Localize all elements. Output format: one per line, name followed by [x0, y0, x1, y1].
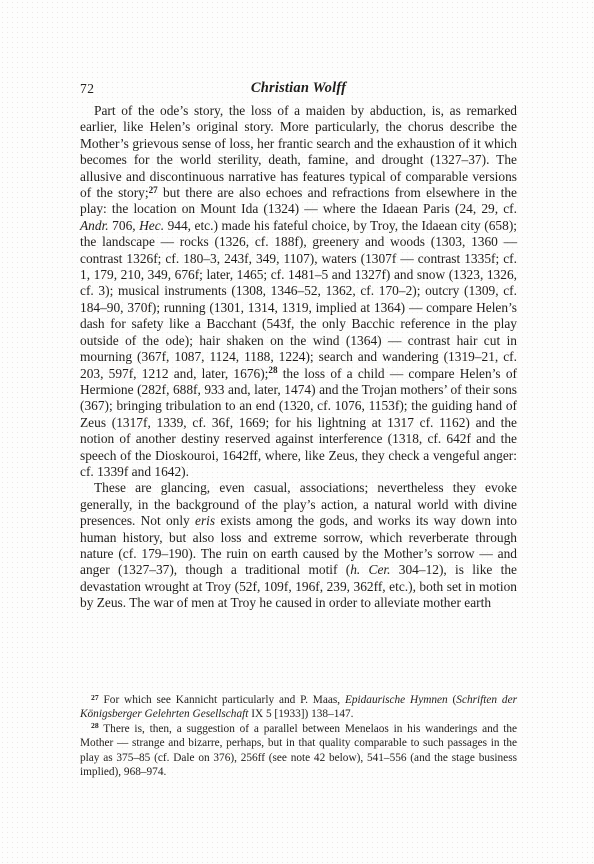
- italic-text: Hec.: [139, 218, 164, 233]
- footnote-marker: 28: [91, 721, 99, 730]
- footnote: 28 There is, then, a suggestion of a par…: [80, 722, 517, 780]
- text-run: the loss of a child — compare Helen’s of…: [80, 366, 517, 479]
- page-header: 72 Christian Wolff: [80, 80, 517, 98]
- footnote-ref: 28: [268, 365, 277, 375]
- text-run: For which see Kannicht particularly and …: [99, 694, 345, 706]
- italic-text: h. Cer.: [350, 562, 390, 577]
- paragraph: Part of the ode’s story, the loss of a m…: [80, 103, 517, 480]
- text-run: (: [448, 694, 457, 706]
- body-text: Part of the ode’s story, the loss of a m…: [80, 103, 517, 612]
- text-run: There is, then, a suggestion of a parall…: [80, 723, 517, 778]
- italic-text: Andr.: [80, 218, 109, 233]
- italic-text: Epidaurische Hymnen: [345, 694, 448, 706]
- page-number: 72: [80, 81, 95, 97]
- paragraph: These are glancing, even casual, associa…: [80, 480, 517, 611]
- running-head: Christian Wolff: [80, 80, 517, 97]
- text-run: IX 5 [1933]) 138–147.: [248, 708, 353, 720]
- text-run: 706,: [109, 218, 139, 233]
- footnote-marker: 27: [91, 693, 99, 702]
- text-run: 944, etc.) made his fateful choice, by T…: [80, 218, 517, 381]
- footnote: 27 For which see Kannicht particularly a…: [80, 693, 517, 722]
- book-page: 72 Christian Wolff Part of the ode’s sto…: [0, 0, 594, 864]
- italic-text: eris: [195, 513, 215, 528]
- footnote-ref: 27: [149, 185, 158, 195]
- footnotes: 27 For which see Kannicht particularly a…: [80, 693, 517, 779]
